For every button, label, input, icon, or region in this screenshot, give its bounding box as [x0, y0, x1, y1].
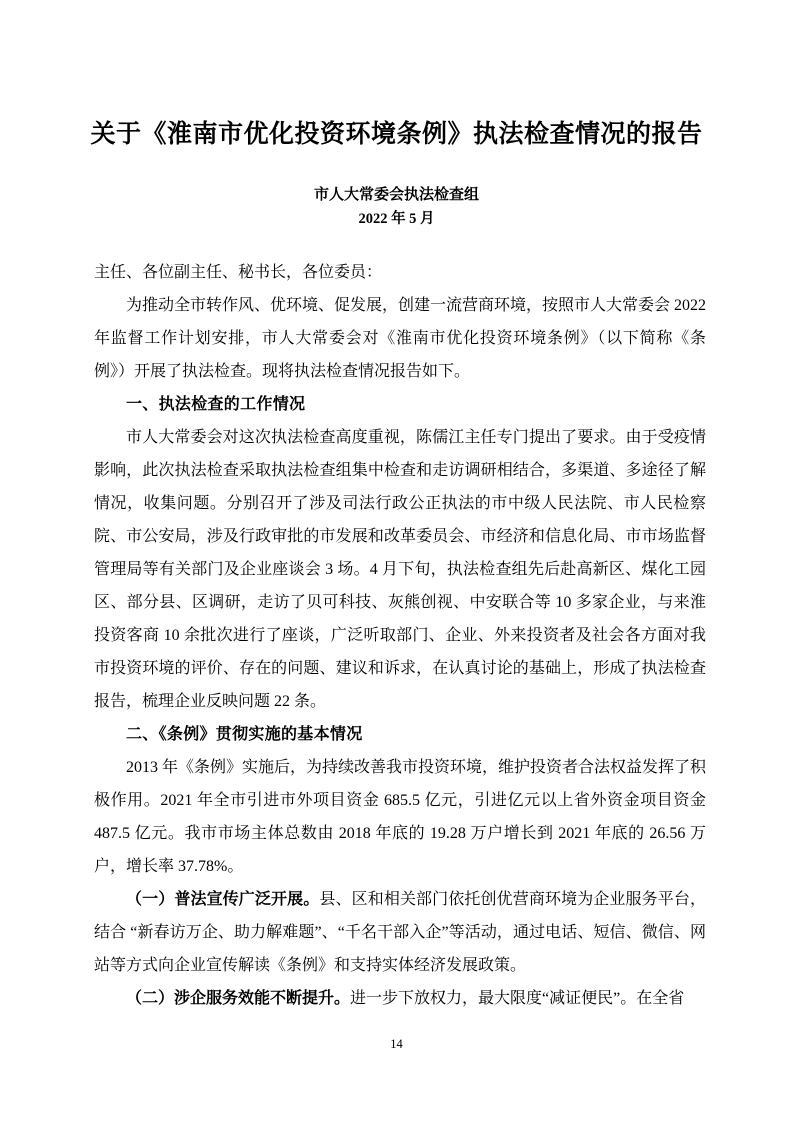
section-2-item-1: （一）普法宣传广泛开展。县、区和相关部门依托创优营商环境为企业服务平台，结合 “…: [94, 883, 706, 982]
item-2-lead: （二）涉企服务效能不断提升。: [126, 990, 350, 1007]
section-2-item-2: （二）涉企服务效能不断提升。进一步下放权力，最大限度“减证便民”。在全省: [94, 982, 706, 1015]
page-number: 14: [0, 1036, 793, 1052]
section-2-heading: 二、《条例》贯彻实施的基本情况: [94, 718, 706, 751]
page-title: 关于《淮南市优化投资环境条例》执法检查情况的报告: [60, 119, 733, 151]
item-2-body: 进一步下放权力，最大限度“减证便民”。在全省: [350, 990, 684, 1007]
section-1-heading: 一、执法检查的工作情况: [94, 388, 706, 421]
document-page: 关于《淮南市优化投资环境条例》执法检查情况的报告 市人大常委会执法检查组 202…: [0, 0, 793, 1122]
document-body: 主任、各位副主任、秘书长，各位委员： 为推动全市转作风、优环境、促发展，创建一流…: [94, 256, 706, 1015]
item-1-lead: （一）普法宣传广泛开展。: [126, 891, 319, 908]
report-date: 2022 年 5 月: [0, 209, 793, 229]
section-2-paragraph: 2013 年《条例》实施后，为持续改善我市投资环境，维护投资者合法权益发挥了积极…: [94, 751, 706, 883]
salutation: 主任、各位副主任、秘书长，各位委员：: [94, 256, 706, 289]
author-group: 市人大常委会执法检查组: [0, 185, 793, 205]
intro-paragraph: 为推动全市转作风、优环境、促发展，创建一流营商环境，按照市人大常委会 2022 …: [94, 289, 706, 388]
section-1-paragraph: 市人大常委会对这次执法检查高度重视，陈儒江主任专门提出了要求。由于受疫情影响，此…: [94, 421, 706, 718]
